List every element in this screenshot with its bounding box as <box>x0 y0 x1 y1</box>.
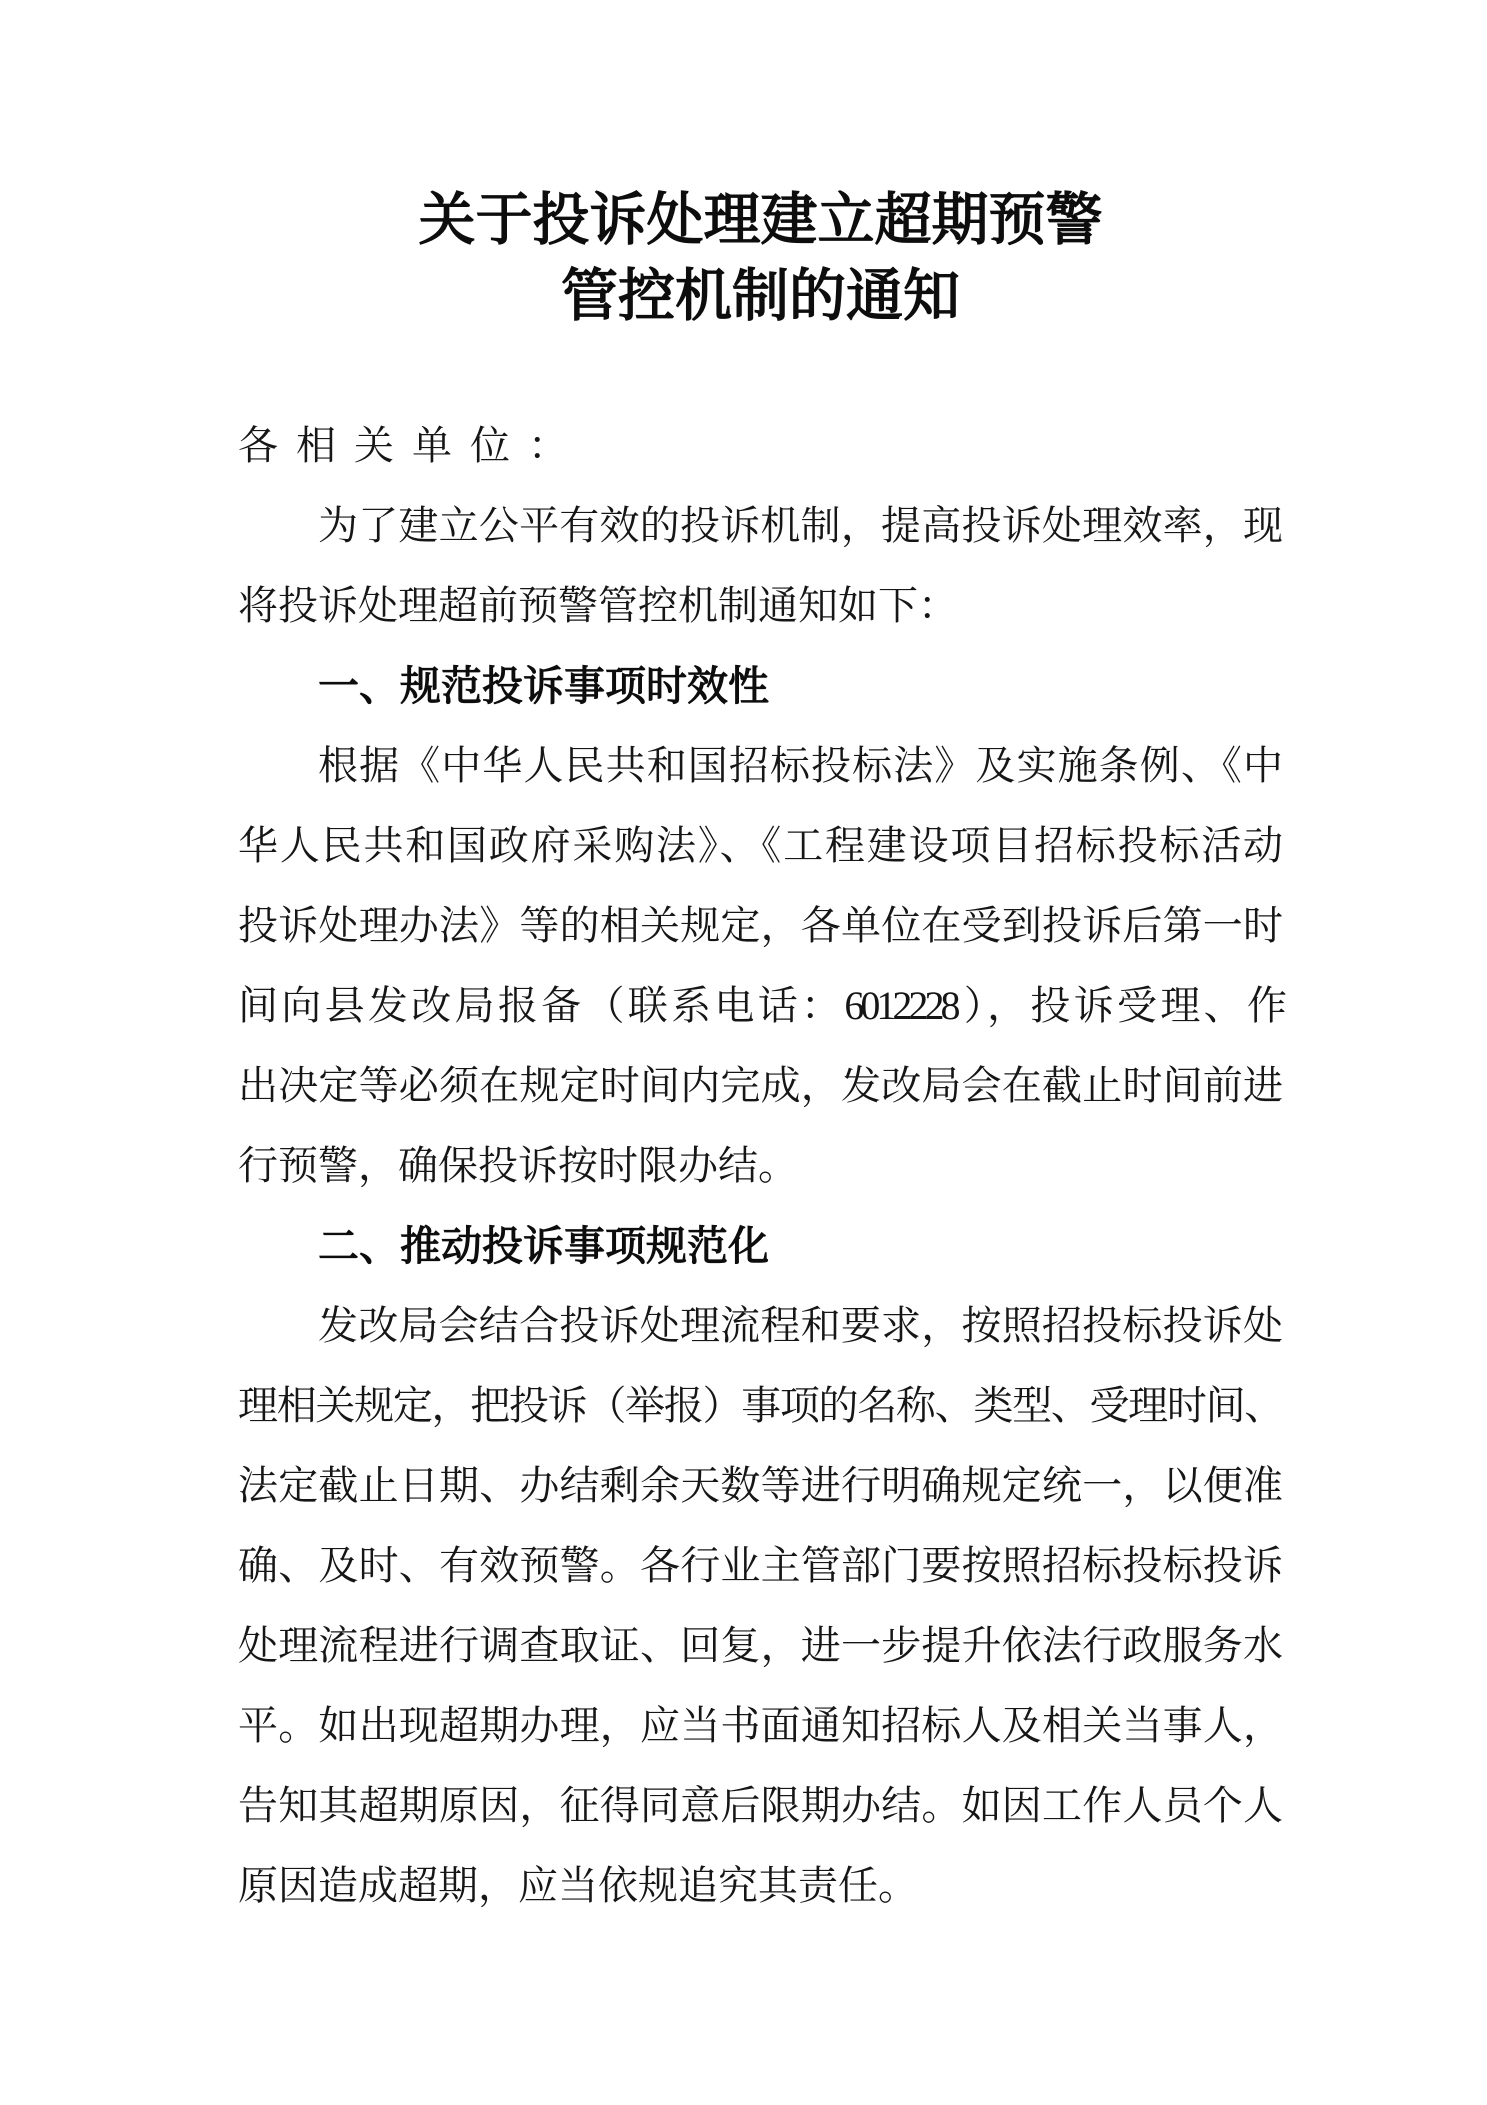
text-line: 间向县发改局报备（联系电话：6012228），投诉受理、作 <box>238 966 1283 1046</box>
text-line: 告知其超期原因，征得同意后限期办结。如因工作人员个人 <box>238 1766 1283 1846</box>
text-line: 为了建立公平有效的投诉机制，提高投诉处理效率，现 <box>238 486 1283 566</box>
section-heading: 二、推动投诉事项规范化 <box>238 1206 1283 1286</box>
text-line: 原因造成超期，应当依规追究其责任。 <box>238 1846 1283 1926</box>
text-line: 行预警，确保投诉按时限办结。 <box>238 1126 1283 1206</box>
text-line: 确、及时、有效预警。各行业主管部门要按照招标投标投诉 <box>238 1526 1283 1606</box>
text-line: 法定截止日期、办结剩余天数等进行明确规定统一，以便准 <box>238 1446 1283 1526</box>
text-line: 根据《中华人民共和国招标投标法》及实施条例、《中 <box>238 726 1283 806</box>
document-body: 关于投诉处理建立超期预警 管控机制的通知 各相关单位： 为了建立公平有效的投诉机… <box>238 0 1283 1926</box>
document-page: 关于投诉处理建立超期预警 管控机制的通知 各相关单位： 为了建立公平有效的投诉机… <box>0 0 1487 2105</box>
title-line-2: 管控机制的通知 <box>238 259 1283 335</box>
title-line-1: 关于投诉处理建立超期预警 <box>238 183 1283 259</box>
text-line: 将投诉处理超前预警管控机制通知如下： <box>238 566 1283 646</box>
text-line: 出决定等必须在规定时间内完成，发改局会在截止时间前进 <box>238 1046 1283 1126</box>
text-line: 华人民共和国政府采购法》、《工程建设项目招标投标活动 <box>238 806 1283 886</box>
salutation: 各相关单位： <box>238 406 1283 486</box>
text-line: 处理流程进行调查取证、回复，进一步提升依法行政服务水 <box>238 1606 1283 1686</box>
document-title: 关于投诉处理建立超期预警 管控机制的通知 <box>238 183 1283 335</box>
text-line: 投诉处理办法》等的相关规定，各单位在受到投诉后第一时 <box>238 886 1283 966</box>
text-line: 理相关规定，把投诉（举报）事项的名称、类型、受理时间、 <box>238 1366 1283 1446</box>
section-heading: 一、规范投诉事项时效性 <box>238 646 1283 726</box>
paragraph-lines: 为了建立公平有效的投诉机制，提高投诉处理效率，现将投诉处理超前预警管控机制通知如… <box>238 486 1283 1926</box>
text-line: 平。如出现超期办理，应当书面通知招标人及相关当事人， <box>238 1686 1283 1766</box>
text-line: 发改局会结合投诉处理流程和要求，按照招投标投诉处 <box>238 1286 1283 1366</box>
